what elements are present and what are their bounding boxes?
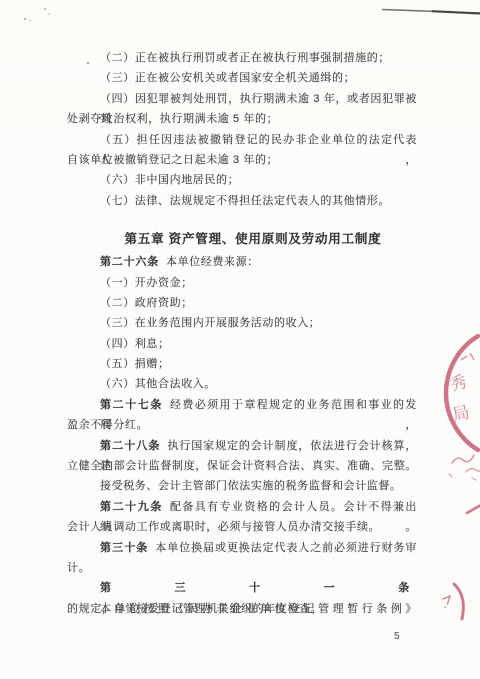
article-number: 第二十六条 <box>100 256 159 268</box>
doc-line-text: 会计人员调动工作或离职时，必须与接管人员办清交接手续。 <box>67 521 380 533</box>
doc-line: （三）在业务范围内开展服务活动的收入； <box>67 313 417 333</box>
article-number: 第二十七条 <box>100 399 163 411</box>
doc-line: 第二十九条配备具有专业资格的会计人员。会计不得兼出纳。 <box>67 497 417 517</box>
doc-line: 第三十条本单位换届或更换法定代表人之前必须进行财务审 <box>67 538 417 558</box>
doc-line-text: 的规定，自觉接受登记管理机关组织的年度检查。 <box>67 603 322 615</box>
doc-line: 处剥夺政治权利，执行期满未逾 5 年的； <box>67 109 417 129</box>
doc-line-text: （六）其他合法收入。 <box>100 378 216 390</box>
article-number: 第二十九条 <box>100 501 163 513</box>
doc-line-text: 立健全内部会计监督制度，保证会计资料合法、真实、准确、完整。 <box>67 460 417 472</box>
doc-line-text: （四）利息； <box>100 338 170 350</box>
seal-char-top: 秀 <box>447 372 469 395</box>
doc-line: （六）非中国内地居民的； <box>67 170 417 190</box>
doc-line-text: 盈余不得分红。 <box>67 419 148 431</box>
doc-line-text: 自该单位被撤销登记之日起未逾 3 年的； <box>67 154 278 166</box>
seal-script <box>449 455 480 480</box>
seal-char-bottom: 局 <box>451 403 472 425</box>
doc-line: （三）正在被公安机关或者国家安全机关通缉的； <box>67 68 417 88</box>
pen-mark-dash <box>467 506 480 514</box>
doc-line: （七）法律、法规规定不得担任法定代表人的其他情形。 <box>67 191 417 211</box>
doc-line: （二）正在被执行刑罚或者正在被执行刑事强制措施的； <box>67 48 417 68</box>
doc-line-text: 本单位经费来源： <box>166 256 259 268</box>
doc-line-text: （一）开办资金； <box>100 277 193 289</box>
doc-line-text: 处剥夺政治权利，执行期满未逾 5 年的； <box>67 113 278 125</box>
chapter-heading: 第五章 资产管理、使用原则及劳动用工制度 <box>67 227 417 251</box>
doc-line-text: （七）法律、法规规定不得担任法定代表人的其他情形。 <box>100 195 390 207</box>
scanned-document-page: （二）正在被执行刑罚或者正在被执行刑事强制措施的； （三）正在被公安机关或者国家… <box>0 0 480 679</box>
doc-line: 会计人员调动工作或离职时，必须与接管人员办清交接手续。 <box>67 517 417 537</box>
doc-line: 计。 <box>67 558 417 578</box>
article-number: 第三十条 <box>100 542 148 554</box>
doc-line: （四）因犯罪被判处刑罚，执行期满未逾 3 年，或者因犯罪被判 <box>67 89 417 109</box>
doc-line-text: 本单位换届或更换法定代表人之前必须进行财务审 <box>155 542 417 554</box>
doc-line-text: 接受税务、会计主管部门依法实施的税务监督和会计监督。 <box>100 480 402 492</box>
doc-line-text: （二）正在被执行刑罚或者正在被执行刑事强制措施的； <box>100 52 390 64</box>
doc-line: 第二十七条经费必须用于章程规定的业务范围和事业的发展， <box>67 395 417 415</box>
doc-line: （一）开办资金； <box>67 273 417 293</box>
article-number: 第二十八条 <box>100 440 160 452</box>
doc-line: 接受税务、会计主管部门依法实施的税务监督和会计监督。 <box>67 476 417 496</box>
doc-line-text: （二）政府资助； <box>100 297 193 309</box>
document-text-block: （二）正在被执行刑罚或者正在被执行刑事强制措施的； （三）正在被公安机关或者国家… <box>67 48 417 619</box>
doc-line: 立健全内部会计监督制度，保证会计资料合法、真实、准确、完整。 <box>67 456 417 476</box>
doc-line: （五）捐赠； <box>67 354 417 374</box>
doc-line-text: （三）在业务范围内开展服务活动的收入； <box>100 317 320 329</box>
doc-line: （五）担任因违法被撤销登记的民办非企业单位的法定代表人， <box>67 130 417 150</box>
doc-line: 第二十六条本单位经费来源： <box>67 252 417 272</box>
page-number: 5 <box>394 631 400 642</box>
doc-line: 第二十八条执行国家规定的会计制度，依法进行会计核算，建 <box>67 436 417 456</box>
official-seal: 秀 局 <box>446 336 480 480</box>
doc-line: （六）其他合法收入。 <box>67 374 417 394</box>
pen-mark-curve <box>443 584 463 619</box>
doc-line-text: （五）捐赠； <box>100 358 170 370</box>
doc-line-text: （六）非中国内地居民的； <box>100 174 239 186</box>
doc-line: 第三十一条本单位按照《民办非企业单位登记管理暂行条例》 <box>67 578 417 598</box>
article-number: 第三十一条 <box>100 582 410 594</box>
seal-arc <box>446 336 478 450</box>
doc-line: （二）政府资助； <box>67 293 417 313</box>
doc-line: （四）利息； <box>67 334 417 354</box>
doc-line-text: 计。 <box>67 562 90 574</box>
scan-edge-line <box>382 10 480 14</box>
doc-line-text: （三）正在被公安机关或者国家安全机关通缉的； <box>100 72 355 84</box>
